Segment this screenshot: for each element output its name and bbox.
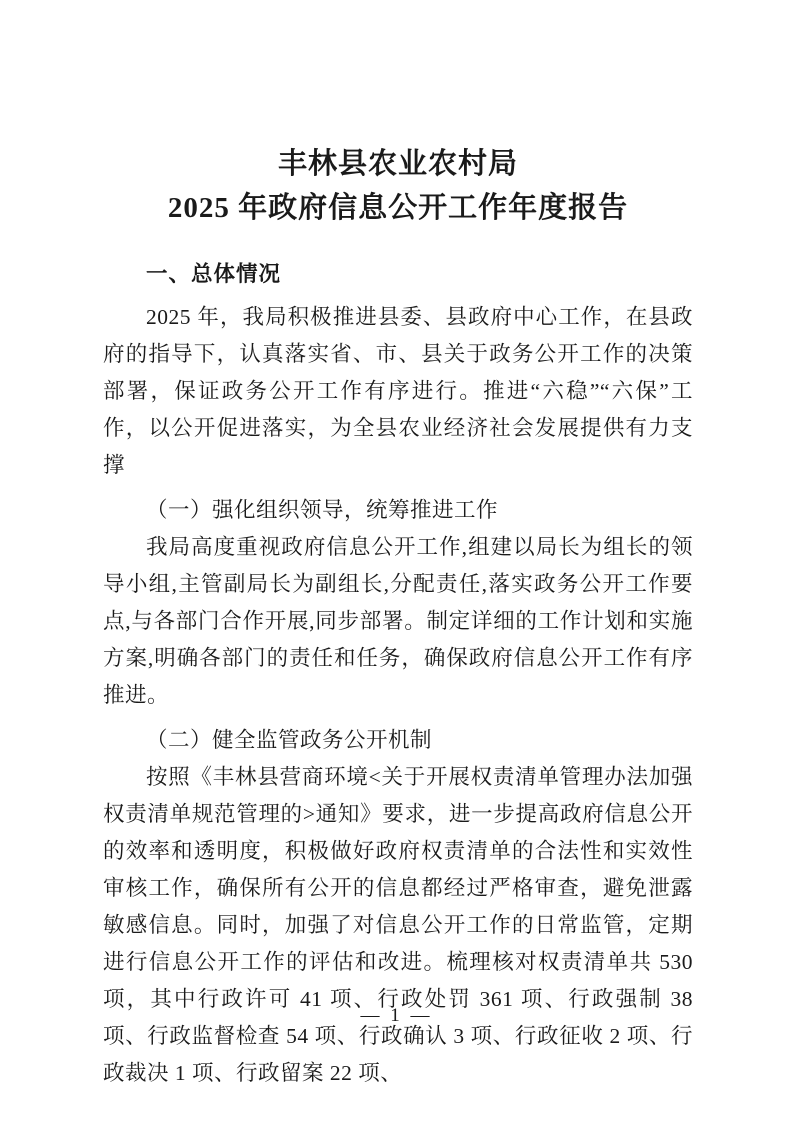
paragraph: 我局高度重视政府信息公开工作,组建以局长为组长的领导小组,主管副局长为副组长,分… [103, 529, 693, 714]
document-title: 丰林县农业农村局 2025 年政府信息公开工作年度报告 [103, 142, 693, 230]
document-page: 丰林县农业农村局 2025 年政府信息公开工作年度报告 一、总体情况2025 年… [0, 0, 793, 1122]
document-content: 丰林县农业农村局 2025 年政府信息公开工作年度报告 一、总体情况2025 年… [103, 142, 693, 1092]
paragraph: 按照《丰林县营商环境<关于开展权责清单管理办法加强权责清单规范管理的>通知》要求… [103, 759, 693, 1092]
page-footer: — 1 — [0, 1005, 793, 1027]
title-line-2: 2025 年政府信息公开工作年度报告 [103, 186, 693, 230]
paragraph: 2025 年，我局积极推进县委、县政府中心工作，在县政府的指导下，认真落实省、市… [103, 299, 693, 484]
title-line-1: 丰林县农业农村局 [103, 142, 693, 186]
section-heading: 一、总体情况 [103, 256, 693, 293]
sub-heading: （二）健全监管政务公开机制 [103, 722, 693, 759]
document-body: 一、总体情况2025 年，我局积极推进县委、县政府中心工作，在县政府的指导下，认… [103, 256, 693, 1092]
page-number: — 1 — [361, 1005, 433, 1026]
sub-heading: （一）强化组织领导，统筹推进工作 [103, 492, 693, 529]
